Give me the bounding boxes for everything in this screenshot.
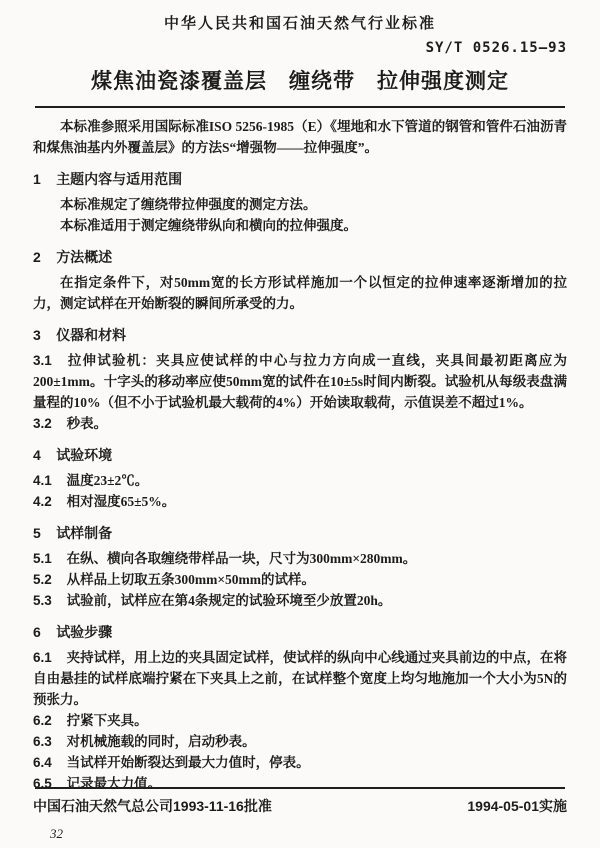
paragraph: 在指定条件下，对50mm宽的长方形试样施加一个以恒定的拉伸速率逐渐增加的拉力，测… [33,272,567,314]
approval-note: 中国石油天然气总公司1993-11-16批准 [33,796,272,816]
document-page: 中华人民共和国石油天然气行业标准 SY/T 0526.15—93 煤焦油瓷漆覆盖… [0,0,600,848]
footer-divider [35,787,565,789]
clause-number: 6.3 [33,734,52,749]
section-title: 试验环境 [56,447,112,463]
clause-text: 相对湿度65±5%。 [67,494,176,509]
clause-text: 记录最大力值。 [67,776,162,787]
clause-number: 3.2 [33,416,52,431]
clause-text: 在纵、横向各取缠绕带样品一块，尺寸为300mm×280mm。 [67,551,417,566]
section-title: 试样制备 [56,525,112,541]
clause-5-2: 5.2从样品上切取五条300mm×50mm的试样。 [33,569,567,590]
clause-number: 5.1 [33,551,52,566]
section-number: 4 [33,447,41,463]
section-5-heading: 5试样制备 [33,523,567,544]
section-number: 6 [33,624,41,640]
clause-text: 夹持试样，用上边的夹具固定试样，使试样的纵向中心线通过夹具前边的中点，在将自由悬… [33,650,567,707]
clause-number: 6.4 [33,755,52,770]
section-title: 仪器和材料 [56,327,126,343]
clause-6-4: 6.4当试样开始断裂达到最大力值时，停表。 [33,752,567,773]
clause-number: 6.1 [33,650,52,665]
clause-number: 6.5 [33,776,52,787]
paragraph: 本标准适用于测定缠绕带纵向和横向的拉伸强度。 [33,215,567,236]
section-4: 4试验环境 4.1温度23±2℃。 4.2相对湿度65±5%。 [33,445,567,512]
section-6: 6试验步骤 6.1夹持试样，用上边的夹具固定试样，使试样的纵向中心线通过夹具前边… [33,622,567,787]
document-title: 煤焦油瓷漆覆盖层 缠绕带 拉伸强度测定 [33,65,567,95]
document-footer: 中国石油天然气总公司1993-11-16批准 1994-05-01实施 32 [33,787,567,842]
clause-text: 试验前，试样应在第4条规定的试验环境至少放置20h。 [67,593,392,608]
section-2: 2方法概述 在指定条件下，对50mm宽的长方形试样施加一个以恒定的拉伸速率逐渐增… [33,247,567,314]
clause-text: 秒表。 [67,416,108,431]
section-1-heading: 1主题内容与适用范围 [33,169,567,190]
clause-6-2: 6.2拧紧下夹具。 [33,710,567,731]
clause-text: 从样品上切取五条300mm×50mm的试样。 [67,572,315,587]
clause-text: 当试样开始断裂达到最大力值时，停表。 [67,755,310,770]
clause-3-2: 3.2秒表。 [33,413,567,434]
clause-number: 4.1 [33,473,52,488]
section-number: 2 [33,249,41,265]
paragraph: 本标准规定了缠绕带拉伸强度的测定方法。 [33,194,567,215]
clause-text: 拉伸试验机：夹具应使试样的中心与拉力方向成一直线，夹具间最初距离应为200±1m… [33,353,567,410]
clause-4-2: 4.2相对湿度65±5%。 [33,491,567,512]
document-body: 本标准参照采用国际标准ISO 5256-1985（E）《埋地和水下管道的钢管和管… [33,116,567,787]
section-3: 3仪器和材料 3.1拉伸试验机：夹具应使试样的中心与拉力方向成一直线，夹具间最初… [33,325,567,434]
clause-number: 4.2 [33,494,52,509]
section-2-heading: 2方法概述 [33,247,567,268]
header-divider [35,106,565,108]
section-6-heading: 6试验步骤 [33,622,567,643]
section-number: 1 [33,171,41,187]
clause-6-3: 6.3对机械施载的同时，启动秒表。 [33,731,567,752]
section-3-heading: 3仪器和材料 [33,325,567,346]
implementation-date: 1994-05-01实施 [467,796,567,816]
section-title: 试验步骤 [56,624,112,640]
clause-4-1: 4.1温度23±2℃。 [33,470,567,491]
clause-number: 6.2 [33,713,52,728]
clause-text: 温度23±2℃。 [67,473,149,488]
section-title: 方法概述 [56,249,112,265]
section-1: 1主题内容与适用范围 本标准规定了缠绕带拉伸强度的测定方法。 本标准适用于测定缠… [33,169,567,236]
clause-text: 对机械施载的同时，启动秒表。 [67,734,256,749]
clause-number: 5.3 [33,593,52,608]
clause-3-1: 3.1拉伸试验机：夹具应使试样的中心与拉力方向成一直线，夹具间最初距离应为200… [33,350,567,413]
clause-number: 5.2 [33,572,52,587]
clause-6-5: 6.5记录最大力值。 [33,773,567,787]
section-number: 3 [33,327,41,343]
clause-number: 3.1 [33,353,52,368]
section-number: 5 [33,525,41,541]
page-number: 32 [50,826,567,842]
document-header: 中华人民共和国石油天然气行业标准 SY/T 0526.15—93 煤焦油瓷漆覆盖… [33,10,567,106]
clause-6-1: 6.1夹持试样，用上边的夹具固定试样，使试样的纵向中心线通过夹具前边的中点，在将… [33,647,567,710]
footer-row: 中国石油天然气总公司1993-11-16批准 1994-05-01实施 [33,796,567,816]
standard-category: 中华人民共和国石油天然气行业标准 [33,12,567,33]
clause-5-1: 5.1在纵、横向各取缠绕带样品一块，尺寸为300mm×280mm。 [33,548,567,569]
section-4-heading: 4试验环境 [33,445,567,466]
standard-number: SY/T 0526.15—93 [33,40,567,56]
section-title: 主题内容与适用范围 [56,171,182,187]
section-5: 5试样制备 5.1在纵、横向各取缠绕带样品一块，尺寸为300mm×280mm。 … [33,523,567,611]
intro-paragraph: 本标准参照采用国际标准ISO 5256-1985（E）《埋地和水下管道的钢管和管… [33,116,567,158]
clause-text: 拧紧下夹具。 [67,713,148,728]
clause-5-3: 5.3试验前，试样应在第4条规定的试验环境至少放置20h。 [33,590,567,611]
